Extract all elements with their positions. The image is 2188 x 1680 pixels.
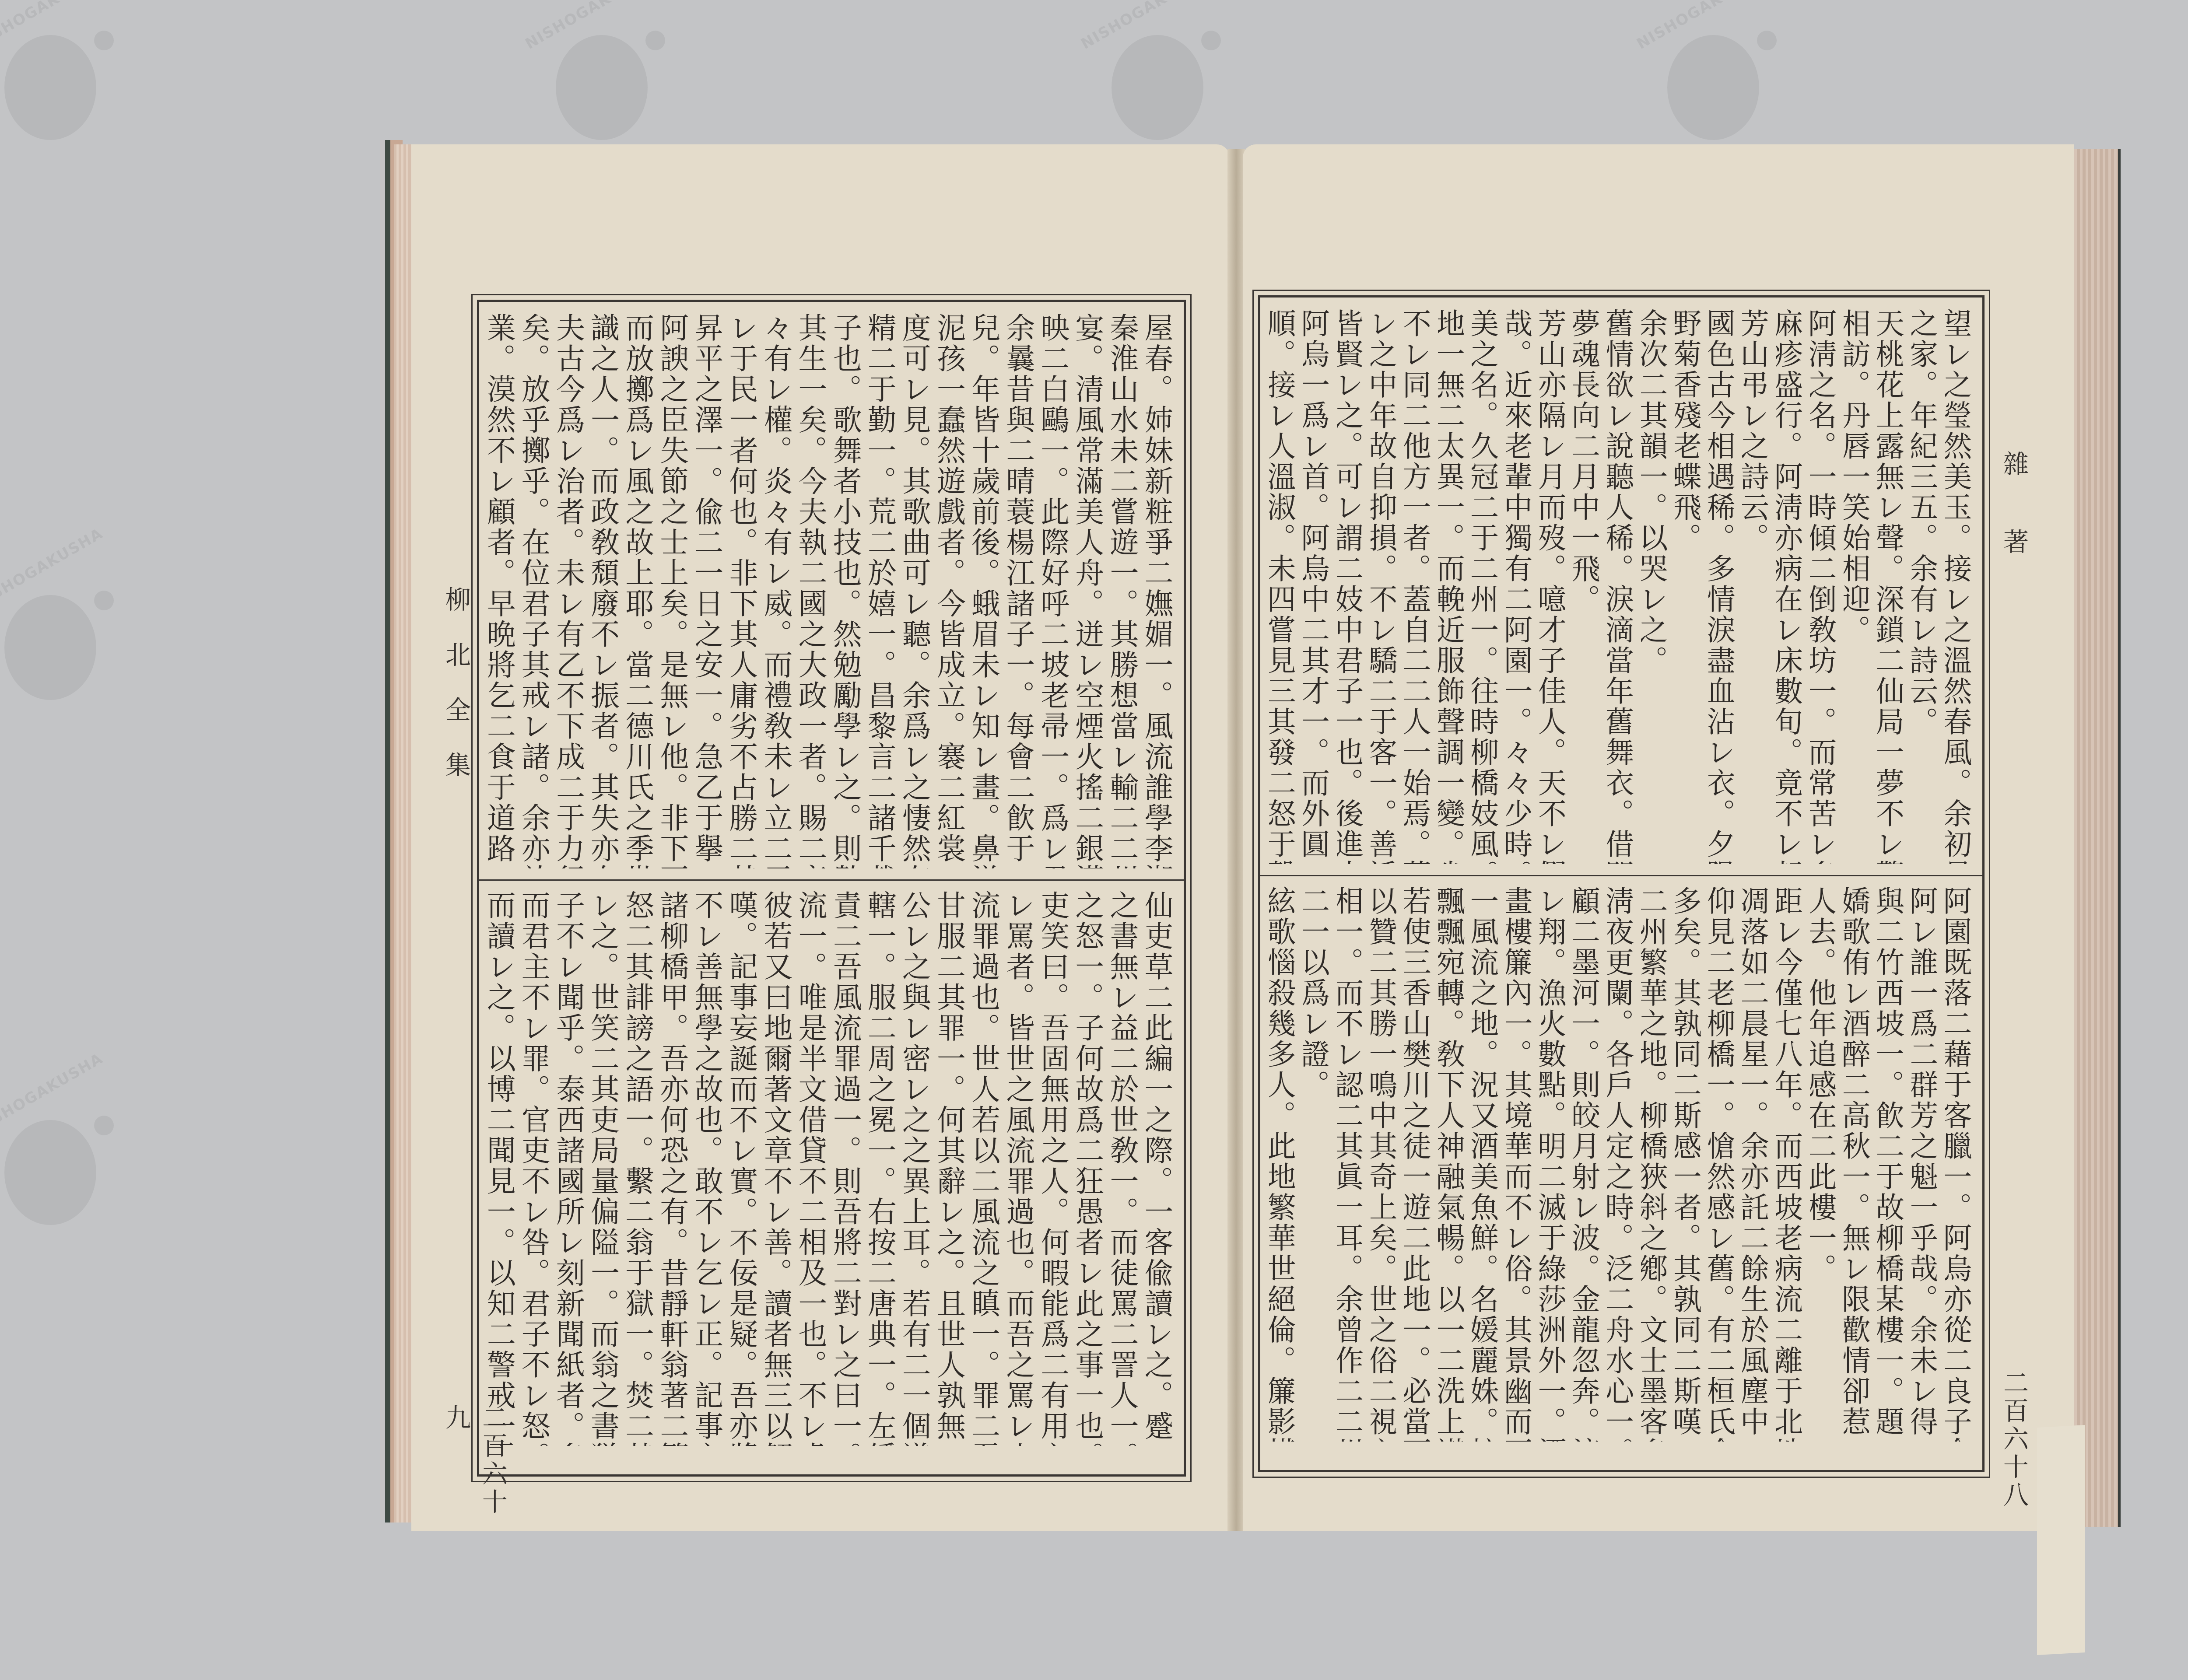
text-column: 哉。近來老輩中獨有二阿園一。々々少時。與二阿榮一並立。雙 <box>1506 308 1534 864</box>
text-column: 國色古今相遇稀。多情淚盡血沾レ衣。夕陽人弔孤墳下。 <box>1708 308 1737 864</box>
text-column: 一風流之地。況又酒美魚鮮。名媛麗姝。按レ絃調レ舞。 <box>1472 886 1500 1442</box>
text-column: 凋落如二晨星一。余亦託二餘生於風塵中一。每レ過二故柳橋一。 <box>1742 886 1771 1442</box>
text-column: 子不レ聞乎。泰西諸國所レ刻新聞紙者。多是誹譏罵詈之言 <box>557 890 586 1446</box>
text-column: 秦淮山水未二嘗遊一。其勝想當レ輸二二州一。明月長臨才子 <box>1111 313 1140 868</box>
text-column: 泥孩一蠢然遊戲者。今皆成立。褰二紅裳一按二金絃一。其態 <box>938 313 967 868</box>
text-column: 精二于勤一。荒二於嬉一。昌黎言二諸千載之前一。蓋娼妓者賤 <box>869 313 898 868</box>
text-column: 皆賢レ之。可レ謂二妓中君子一也。後進中名聲頗鳴者。推 <box>1337 308 1365 864</box>
text-column: レ之中年故自抑損。不レ驕二于客一。善誘二導後進一。是以人 <box>1371 308 1399 864</box>
text-column: 舊情欲レ說聽人稀。淚滴當年舊舞衣。借問嫦娥何處去。 <box>1607 308 1635 864</box>
text-column: 轄一。服二周之冕一。右按二唐典一。左繙二明律一。侃々誾々。來 <box>869 890 898 1446</box>
section-divider <box>1260 875 1982 876</box>
text-column: 夫古今爲レ治者。未レ有乙不下成二于力行一而懷中于放擲上者 <box>557 313 586 868</box>
text-column: 相一。而不レ認二其眞一耳。余曾作二二州雜詩數篇一。今錄二其 <box>1337 886 1365 1442</box>
text-column: 絃歌惱殺幾多人。此地繁華世絕倫。簾影橫レ樓烟曖々。 <box>1269 886 1297 1442</box>
folded-page-corner <box>2037 1425 2085 1655</box>
text-column: 麻疹盛行。阿淸亦病在レ床數旬。竟不レ起。年僅十七。 <box>1776 308 1805 864</box>
text-column: 不レ善無學之故也。敢不レ乞レ正。記事之不レ實。君其問乙 <box>696 890 725 1446</box>
text-column: 彼若又曰地爾著文章不レ善。讀者無三以解二意味一。不佞是 <box>765 890 794 1446</box>
text-column: 顧二墨河一。則皎月射レ波。金龍忽奔。涼風吹レ衣。羽客欲 <box>1573 886 1602 1442</box>
text-column: 映二白鷗一。此際好呼二坡老帚一。爲レ君一掃十年愁。 <box>1042 313 1071 868</box>
text-column: 流一。唯是半文借貸不二相及一也。不レ虞君涉二吾事一何故 <box>799 890 829 1446</box>
lower-text-block: 阿園既落二藉于客臘一。阿烏亦從二良子今春一。不レ知方今以二 阿レ誰一爲二群芳之魁… <box>1269 886 1974 1442</box>
text-column: 阿淸之名。一時傾二倒敎坊一。而常苦レ多病。壬戌之秋。 <box>1810 308 1838 864</box>
text-column: 順。接レ人溫淑。未四嘗見三其發二怒于聲色一。亦良妓也。 <box>1269 308 1297 864</box>
text-column: 若使三香山樊川之徒一遊二此地一。必當下裁二長歌一製二新詞一。 <box>1404 886 1433 1442</box>
text-column: 淸夜更闌。各戶人定之時。泛二舟水心一。南望二江口一。北 <box>1607 886 1635 1442</box>
text-column: 之怒一。子何故爲二狂愚者レ此之事一也。子其有レ悔乎。仙 <box>1076 890 1106 1446</box>
text-column: レ于民一者何也。非下其人庸劣不占勝二其職一也。因下人々樂 <box>730 313 760 868</box>
text-column: 流罪過也。世人若以二風流之瞋一。罪二吾風流之筆一。吾將三 <box>972 890 1002 1446</box>
text-column: 二一以爲レ證。 <box>1303 886 1331 1442</box>
upper-text-block: 望レ之瑩然美玉。接レ之溫然春風。余初見レ之友人永芳山 之家。年紀三五。余有レ詩云… <box>1269 308 1974 864</box>
text-column: 余次二其韻一。以哭レ之。 <box>1641 308 1669 864</box>
text-column: 怒二其誹謗之語一。繫二翁于獄一。焚二其書一。鳴二其罪一。竟逐 <box>627 890 656 1446</box>
text-column: 芳山弔レ之詩云。 <box>1742 308 1771 864</box>
text-column: 責二吾風流罪過一。則吾將二對レ之曰一。君講二道學一。吾好二風 <box>834 890 863 1446</box>
text-column: 甘服二其罪一。何其辭レ之。且世人孰無二風流罪過一。唯有下 <box>938 890 967 1446</box>
text-column: 仙吏草二此編一之際。一客偸讀レ之。蹙レ額攢レ眉而曰。子 <box>1146 890 1175 1446</box>
lower-text-block: 仙吏草二此編一之際。一客偸讀レ之。蹙レ額攢レ眉而曰。子 之書無レ益二於世敎一。而… <box>488 890 1175 1446</box>
text-column: 而君主不レ罪。官吏不レ咎。君子不レ怒。小人不レ怨。爭 <box>522 890 552 1446</box>
text-column: 飄飄宛轉。敎下人神融氣暢。以一二洗上襟懷萬縷之愁一也。 <box>1438 886 1466 1442</box>
text-column: 人去。他年追感在二此樓一。 <box>1810 886 1838 1442</box>
page-number: 二百六十八 <box>1995 1369 2032 1509</box>
text-column: レ罵者。皆世之風流罪過也。而吾之罵レ人。亦是吾之風 <box>1007 890 1037 1446</box>
open-book: 柳北全集 二百六十九 屋春。姉妹新粧爭二嫵媚一。風流誰學李湘眞。 秦淮山水未二嘗… <box>385 131 2114 1575</box>
text-column: 之家。年紀三五。余有レ詩云。 <box>1911 308 1940 864</box>
watermark-logo: NISHOGAKUSHA <box>0 569 136 713</box>
text-column: 兒。年皆十歲前後。蛾眉未レ知レ畫。鼻涕垂下口端上。抱 <box>972 313 1002 868</box>
text-frame: 屋春。姉妹新粧爭二嫵媚一。風流誰學李湘眞。 秦淮山水未二嘗遊一。其勝想當レ輸二二… <box>477 300 1186 1477</box>
section-divider <box>479 879 1184 881</box>
text-column: 二州繁華之地。柳橋狹斜之鄕。文士墨客多俗二視之一。然 <box>1641 886 1669 1442</box>
left-page: 柳北全集 二百六十九 屋春。姉妹新粧爭二嫵媚一。風流誰學李湘眞。 秦淮山水未二嘗… <box>411 144 1230 1531</box>
text-column: 阿園既落二藉于客臘一。阿烏亦從二良子今春一。不レ知方今以二 <box>1945 886 1974 1442</box>
text-column: 宴。清風常滿美人舟。迸レ空煙火搖二銀漢一。倚レ閣涼衫 <box>1076 313 1106 868</box>
text-column: 矣。放乎擲乎。在位君子其戒レ諸。余亦放二其心一擲二其 <box>522 313 552 868</box>
text-column: 望レ之瑩然美玉。接レ之溫然春風。余初見レ之友人永芳山 <box>1945 308 1974 864</box>
text-column: 識之人一。而政敎頹廢不レ振者。其失亦在二放擲二字一也 <box>592 313 621 868</box>
text-column: 仰見二老柳橋一。愴然感レ舊。有二桓氏金城之歎一。嗚呼遊人 <box>1708 886 1737 1442</box>
text-column: 其生一矣。今夫執二國之大政一者。賜二高爵一食二大祿一。 <box>799 313 829 868</box>
text-column: 多矣。其孰同二斯感一者。其孰同二斯嘆一者。 <box>1675 886 1703 1442</box>
text-column: 而放擲爲レ風之故上耶。當二德川氏之季世一。非レ無二儁才卓 <box>627 313 656 868</box>
text-column: 阿諛之臣失節之士上矣。是無レ他。非下不レ勤二于爲治。 <box>661 313 691 868</box>
text-column: 嘆。記事妄誕而不レ實。不佞是疑。吾亦將二對曰一。文之 <box>730 890 760 1446</box>
text-column: 業。漠然不レ顧者。早晩將乞二食于道路一。余有三大慙二于賤 <box>488 313 517 868</box>
text-column: 度可レ見。其歌曲可レ聽。余爲レ之悽然有レ處レ感也。夫業 <box>903 313 933 868</box>
text-column: 之書無レ益二於世敎一。而徒罵二詈人一。作二無用之文一。以觸二世 <box>1111 890 1140 1446</box>
text-column: 嬌歌侑レ酒醉二高秋一。無レ限歡情卻惹レ愁。門柳簫疎美 <box>1844 886 1872 1442</box>
upper-text-block: 屋春。姉妹新粧爭二嫵媚一。風流誰學李湘眞。 秦淮山水未二嘗遊一。其勝想當レ輸二二… <box>488 313 1175 868</box>
text-column: 夢魂長向二月中一飛。 <box>1573 308 1602 864</box>
text-column: 諸柳橋甲。吾亦何恐之有。昔靜軒翁著二繁昌記一。當時幕吏 <box>661 890 691 1446</box>
running-title: 柳北全集 <box>438 586 474 807</box>
text-column: レ之。世笑二其吏局量偏隘一。而翁之書猶行二于今一焉。且 <box>592 890 621 1446</box>
text-column: 畫樓簾內一。其境華而不レ俗。其景幽而不レ慘。眞是三都第 <box>1506 886 1534 1442</box>
text-column: 距レ今僅七八年。而西坡老病流二離于北地一。當時紅裙皆 <box>1776 886 1805 1442</box>
text-frame: 望レ之瑩然美玉。接レ之溫然春風。余初見レ之友人永芳山 之家。年紀三五。余有レ詩云… <box>1258 295 1985 1472</box>
text-column: 不レ同二他方一者。蓋自二二人一始焉。蓋阿園色藝兩全。加 <box>1404 308 1433 864</box>
text-column: 昇平之澤一。偸二一日之安一。急乙于擧レ賢使レ甲能。而卻取 <box>696 313 725 868</box>
text-column: 余曩昔與二晴蓑楊江諸子一。每會二飮于二州一。當時處レ見女 <box>1007 313 1037 868</box>
text-column: 々有レ權。炎々有レ威。而禮敎未レ立二于國一。德澤未レ流 <box>765 313 794 868</box>
section-title: 雜著 <box>1995 451 2032 606</box>
watermark-logo: NISHOGAKUSHA <box>0 1094 136 1238</box>
text-column: 屋春。姉妹新粧爭二嫵媚一。風流誰學李湘眞。 <box>1146 313 1175 868</box>
text-column: 以贊二其勝一鳴中其奇上矣。世之俗二視之一者。亦唯見二其皮 <box>1371 886 1399 1442</box>
text-column: 阿レ誰一爲二群芳之魁一乎哉。余未レ得二其公論一也。余昔 <box>1911 886 1940 1442</box>
text-column: 芳山亦隔レ月而歿。噫才子佳人。天不レ假二之年一。眞可レ痛 <box>1539 308 1568 864</box>
text-column: 子也。歌舞者小技也。然勉勵學レ之。則數歲而足三以養 <box>834 313 863 868</box>
text-column: 阿烏一爲レ首。阿烏中二其才一。而外圓二其行一。事レ親孝 <box>1303 308 1331 864</box>
text-column: 野菊香殘老蝶飛。 <box>1675 308 1703 864</box>
text-column: レ翔。漁火數點。明二滅于綠莎洲外一。酒燈一穗。黯二淡於 <box>1539 886 1568 1442</box>
book-gutter <box>1227 149 1245 1531</box>
text-column: 公レ之與レ密レ之之異上耳。若有二一個道學先生一。乘二殷之 <box>903 890 933 1446</box>
right-page: 雜著 二百六十八 望レ之瑩然美玉。接レ之溫然春風。余初見レ之友人永芳山 之家。年… <box>1243 144 2074 1531</box>
text-column: 天桃花上露無レ聲。深鎖二仙局一夢不レ驚。他日劉郎若 <box>1877 308 1906 864</box>
text-column: 而讀レ之。以博二聞見一。以知二警戒一焉。若二吾書一。則亦親 <box>488 890 517 1446</box>
text-column: 與二竹西坡一。飮二于故柳橋某樓一。題二詩其壁一云。 <box>1877 886 1906 1442</box>
text-column: 相訪。丹唇一笑始相迎。 <box>1844 308 1872 864</box>
watermark-logo: NISHOGAKUSHA <box>0 9 136 153</box>
text-column: 地一無二太異一。而輓近服飾聲調一變。尙二淸高幽雅一。其致 <box>1438 308 1466 864</box>
text-column: 吏笑曰。吾固無用之人。何暇能爲二有用之事一。且吾所 <box>1042 890 1071 1446</box>
text-column: 美之名。久冠二于二州一。往時柳橋妓風。與二新橋金春諸 <box>1472 308 1500 864</box>
